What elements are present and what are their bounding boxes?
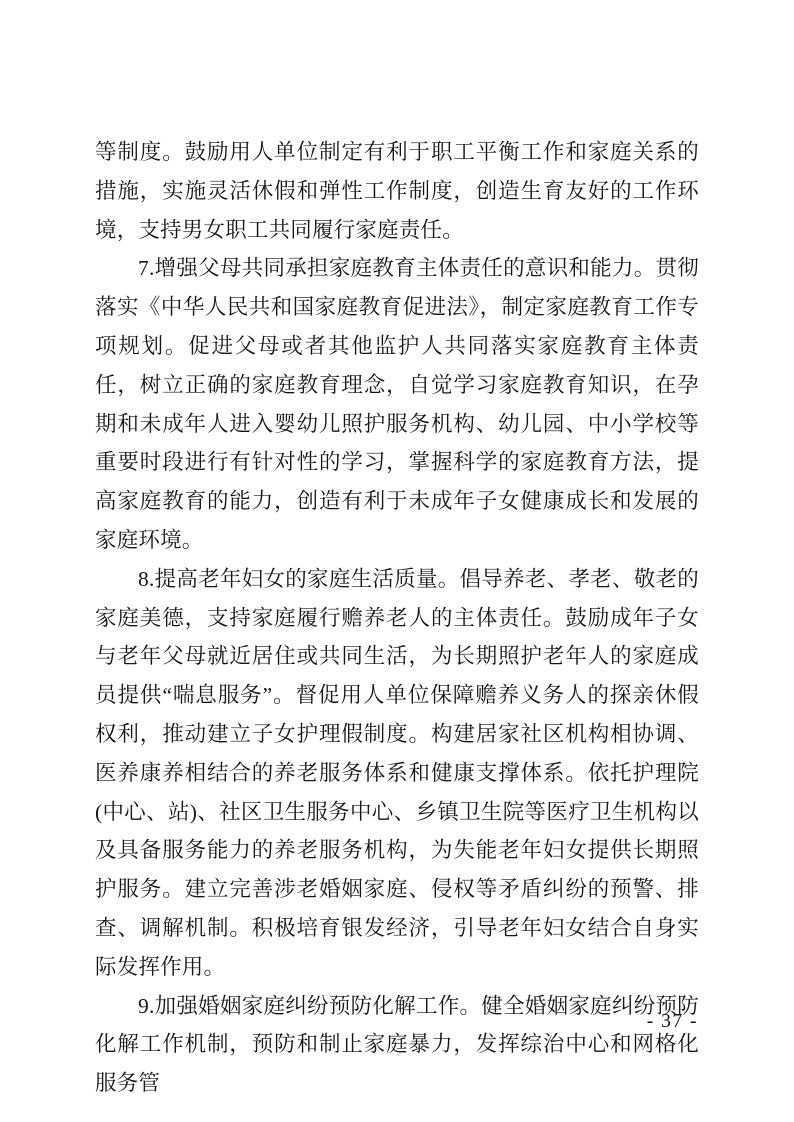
document-text-block: 等制度。鼓励用人单位制定有利于职工平衡工作和家庭关系的措施，实施灵活休假和弹性工… — [95, 133, 699, 1103]
paragraph-item-9: 9.加强婚姻家庭纠纷预防化解工作。健全婚姻家庭纠纷预防化解工作机制，预防和制止家… — [95, 987, 699, 1103]
paragraph-item-7: 7.增强父母共同承担家庭教育主体责任的意识和能力。贯彻落实《中华人民共和国家庭教… — [95, 249, 699, 559]
paragraph-continuation: 等制度。鼓励用人单位制定有利于职工平衡工作和家庭关系的措施，实施灵活休假和弹性工… — [95, 133, 699, 249]
paragraph-item-8: 8.提高老年妇女的家庭生活质量。倡导养老、孝老、敬老的家庭美德，支持家庭履行赡养… — [95, 560, 699, 987]
document-page: 等制度。鼓励用人单位制定有利于职工平衡工作和家庭关系的措施，实施灵活休假和弹性工… — [0, 0, 794, 1122]
page-number: - 37 - — [647, 1010, 698, 1034]
